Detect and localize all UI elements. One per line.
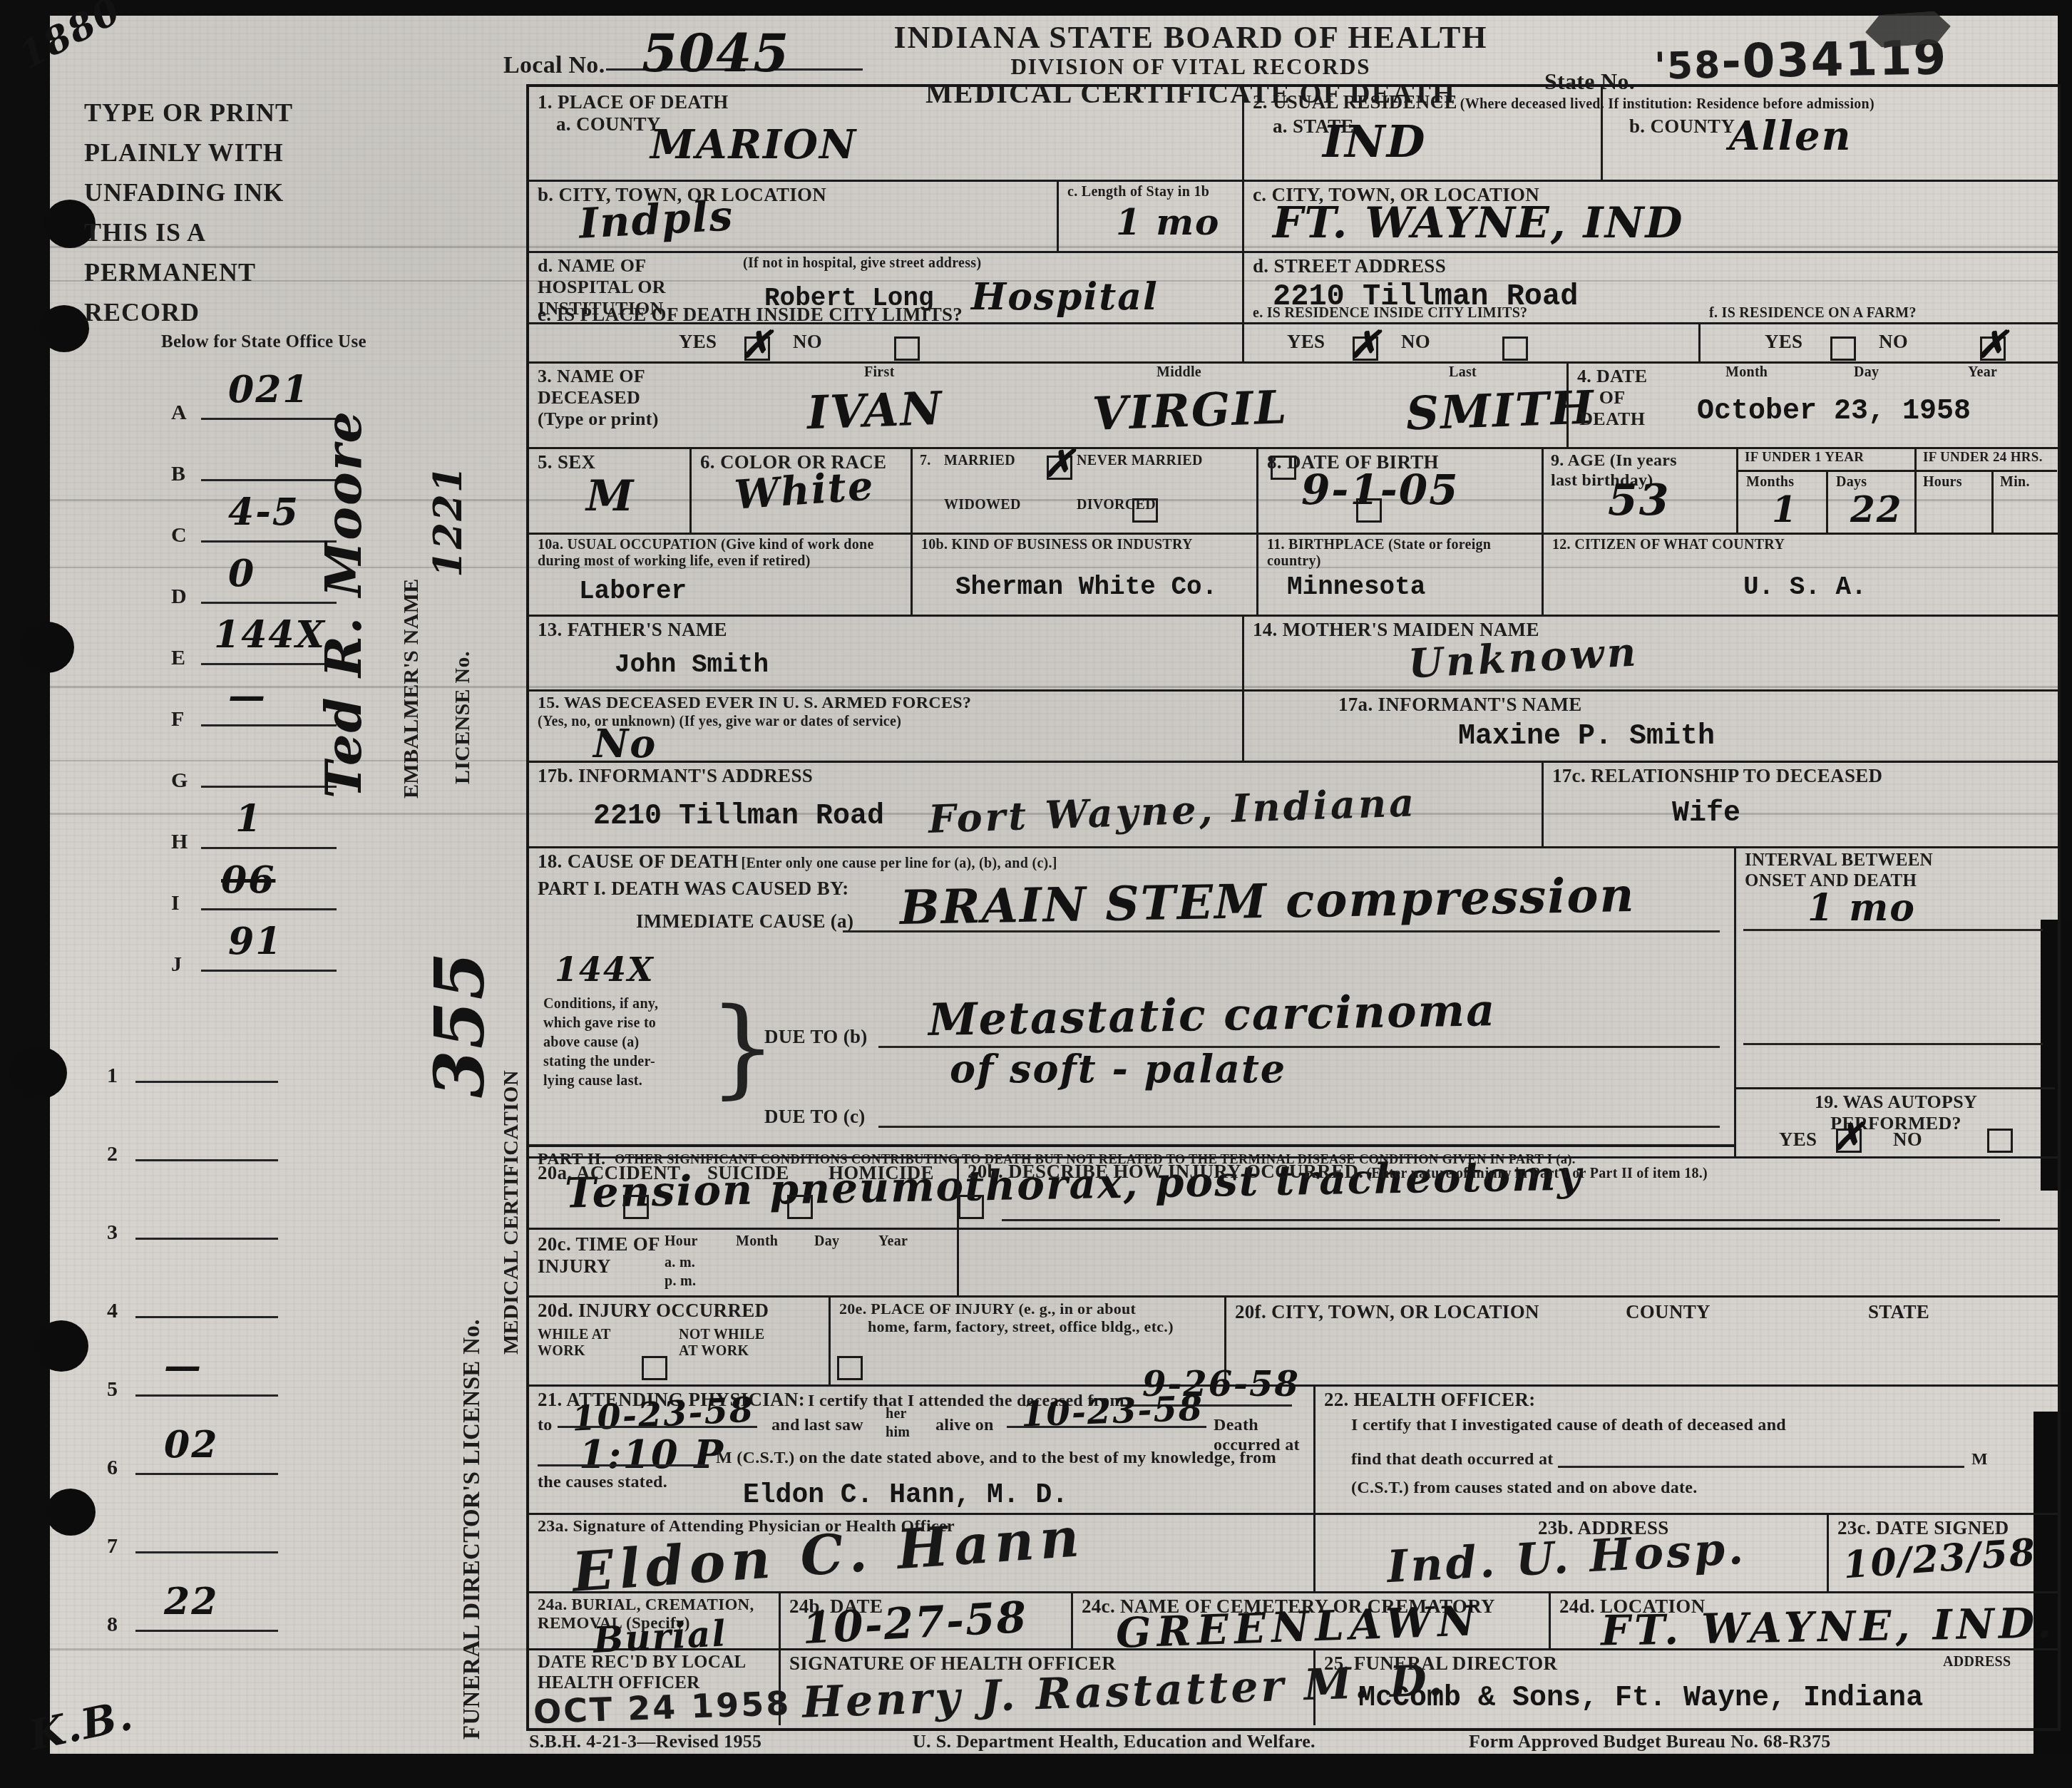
answer-line	[201, 908, 337, 910]
sex-value: M	[586, 471, 635, 521]
certificate-form: 1. PLACE OF DEATH a. COUNTY MARION 2. US…	[526, 84, 2061, 1731]
due-to-b-value: Metastatic carcinoma	[928, 984, 1496, 1046]
while-at-work-checkbox	[642, 1356, 667, 1380]
hour-label: Hour	[665, 1233, 698, 1250]
punch-hole	[10, 1047, 67, 1099]
divider	[1736, 470, 1914, 472]
year-label: Year	[1968, 364, 1997, 381]
autopsy-no-checkbox	[1987, 1129, 2013, 1153]
pm-label: p. m.	[665, 1273, 696, 1290]
citizen-value: U. S. A.	[1743, 572, 1867, 602]
interval-line-a	[1743, 929, 2043, 931]
age-value: 53	[1608, 476, 1671, 525]
yes-label: YES	[679, 331, 717, 353]
field-father-name: 13. FATHER'S NAME John Smith	[529, 615, 1242, 689]
row-label: E	[171, 646, 185, 671]
field-residence-city: c. CITY, TOWN, OR LOCATION FT. WAYNE, IN…	[1242, 180, 2055, 251]
punch-hole	[39, 305, 89, 352]
answer-line	[135, 1394, 278, 1397]
industry-label: 10b. KIND OF BUSINESS OR INDUSTRY	[921, 537, 1248, 553]
field-time-of-injury-blank	[957, 1228, 2055, 1295]
if-under-1-year-label: IF UNDER 1 YEAR	[1745, 450, 1864, 466]
county-value: MARION	[650, 121, 857, 168]
divorced-label: DIVORCED	[1077, 497, 1156, 513]
physician-cert-line3: M (C.S.T.) on the date stated above, and…	[716, 1449, 1276, 1469]
armed-forces-label: 15. WAS DECEASED EVER IN U. S. ARMED FOR…	[538, 694, 1234, 714]
no-label: NO	[793, 331, 822, 353]
funeral-director-value: McComb & Sons, Ft. Wayne, Indiana	[1358, 1682, 1923, 1715]
cause-of-death-label: 18. CAUSE OF DEATH	[538, 851, 738, 872]
hours-label: Hours	[1923, 474, 1962, 490]
autopsy-label: 19. WAS AUTOPSY PERFORMED?	[1746, 1091, 2046, 1134]
immediate-cause-label: IMMEDIATE CAUSE (a)	[636, 910, 853, 932]
field-injury-occurred: 20d. INJURY OCCURRED WHILE AT WORK NOT W…	[529, 1295, 829, 1384]
row-value: 91	[228, 920, 282, 963]
field-industry: 10b. KIND OF BUSINESS OR INDUSTRY Sherma…	[911, 533, 1256, 615]
punch-hole	[20, 622, 74, 673]
residence-city-value: FT. WAYNE, IND	[1273, 198, 1684, 248]
row-label: 2	[107, 1142, 118, 1167]
signature-address-value: Ind. U. Hosp.	[1385, 1522, 1747, 1593]
field-informant-name: 17a. INFORMANT'S NAME Maxine P. Smith	[1242, 689, 2055, 761]
field-informant-address: 17b. INFORMANT'S ADDRESS 2210 Tillman Ro…	[529, 761, 1542, 846]
informant-name-value: Maxine P. Smith	[1458, 721, 1715, 753]
him-word: him	[886, 1424, 910, 1441]
married-label: MARRIED	[944, 453, 1015, 469]
yes-checkbox: ✗	[1353, 336, 1378, 361]
due-to-c-label: DUE TO (c)	[764, 1106, 866, 1128]
date-received-stamp: OCT 24 1958	[533, 1684, 791, 1732]
row-label: C	[171, 523, 187, 548]
injury-county-label: COUNTY	[1626, 1301, 1711, 1323]
health-officer-m: M	[1971, 1450, 1988, 1470]
embalmer-name-handwritten: Ted R. Moore	[314, 235, 373, 798]
row-label: G	[171, 769, 188, 793]
suicide-label: SUICIDE	[707, 1162, 789, 1184]
widowed-label: WIDOWED	[944, 497, 1021, 513]
birthplace-value: Minnesota	[1287, 572, 1425, 602]
row-time-of-injury: 20c. TIME OF INJURY Hour a. m. p. m. Mon…	[529, 1228, 2058, 1298]
field-signature-address: 23b. ADDRESS Ind. U. Hosp.	[1313, 1513, 1827, 1591]
alive-line	[1007, 1426, 1206, 1428]
funeral-director-license-label: FUNERAL DIRECTOR'S LICENSE No.	[459, 1112, 486, 1740]
yes-checkmark: ✗	[741, 323, 772, 366]
place-of-death-label: 1. PLACE OF DEATH	[538, 91, 1234, 113]
middle-name-value: VIRGIL	[1092, 381, 1289, 441]
answer-line	[135, 1316, 278, 1318]
hospital-note: (If not in hospital, give street address…	[743, 255, 981, 272]
street-address-label: d. STREET ADDRESS	[1253, 255, 2046, 277]
never-married-label: NEVER MARRIED	[1077, 453, 1203, 469]
injury-city-label: 20f. CITY, TOWN, OR LOCATION	[1235, 1301, 1539, 1323]
row-signature: 23a. Signature of Attending Physician or…	[529, 1513, 2058, 1593]
describe-injury-label: 20b. DESCRIBE HOW INJURY OCCURRED.	[968, 1161, 1363, 1182]
field-date-of-death: 4. DATE OF DEATH Month Day Year October …	[1566, 361, 2055, 447]
field-interval: INTERVAL BETWEEN ONSET AND DEATH 1 mo 19…	[1734, 846, 2055, 1156]
due-to-c-line	[878, 1126, 1720, 1128]
row-value: 144X	[214, 613, 326, 657]
field-time-of-injury: 20c. TIME OF INJURY Hour a. m. p. m. Mon…	[529, 1228, 957, 1295]
occupation-label: 10a. USUAL OCCUPATION (Give kind of work…	[538, 537, 902, 553]
yes-label: YES	[1779, 1129, 1817, 1151]
row-label: F	[171, 707, 185, 732]
row-value: 02	[164, 1423, 218, 1466]
embalmer-license-value: 1221	[425, 399, 471, 577]
field-age: 9. AGE (In years last birthday) 53 IF UN…	[1542, 447, 2055, 533]
no-checkbox: ✗	[1980, 336, 2006, 361]
father-name-label: 13. FATHER'S NAME	[538, 619, 1234, 641]
field-place-city: b. CITY, TOWN, OR LOCATION Indpls	[529, 180, 1057, 251]
injury-state-label: STATE	[1868, 1301, 1929, 1323]
footer-form-number: S.B.H. 4-21-3—Revised 1955	[529, 1731, 761, 1752]
no-label: NO	[1893, 1129, 1922, 1151]
yes-label: YES	[1287, 331, 1325, 353]
funeral-address-label: ADDRESS	[1943, 1654, 2011, 1670]
informant-name-label: 17a. INFORMANT'S NAME	[1338, 694, 2046, 716]
physician-cert-line2: and last saw	[771, 1416, 863, 1436]
answer-line	[201, 847, 337, 849]
usual-residence-note: (Where deceased lived. If institution: R…	[1460, 96, 1874, 112]
injury-occurred-label: 20d. INJURY OCCURRED	[538, 1300, 820, 1322]
row-occupation: 10a. USUAL OCCUPATION (Give kind of work…	[529, 533, 2058, 617]
field-burial-location: 24d. LOCATION FT. WAYNE, IND.	[1549, 1591, 2055, 1648]
field-name-of-deceased: 3. NAME OF DECEASED (Type or print) Firs…	[529, 361, 1566, 447]
while-at-work-label: WHILE AT WORK	[538, 1327, 611, 1360]
field-injury-city: 20f. CITY, TOWN, OR LOCATION COUNTY STAT…	[1224, 1295, 2055, 1384]
medical-certification-label: MEDICAL CERTIFICATION	[499, 998, 524, 1355]
relationship-label: 17c. RELATIONSHIP TO DECEASED	[1552, 765, 2046, 787]
answer-line	[135, 1630, 278, 1632]
field-date-signed: 23c. DATE SIGNED 10/23/58	[1827, 1513, 2055, 1591]
answer-line	[135, 1473, 278, 1475]
place-city-value: Indpls	[578, 191, 734, 247]
no-label: NO	[1879, 331, 1908, 353]
part2-divider	[529, 1144, 1734, 1147]
length-of-stay-value: 1 mo	[1116, 201, 1220, 243]
citizen-label: 12. CITIZEN OF WHAT COUNTRY	[1552, 537, 2046, 553]
row-value: 22	[164, 1580, 218, 1623]
field-color-race: 6. COLOR OR RACE White	[689, 447, 911, 533]
punch-hole	[34, 1320, 88, 1372]
industry-value: Sherman White Co.	[955, 572, 1217, 602]
time-of-injury-label: 20c. TIME OF INJURY	[538, 1233, 660, 1278]
row-label: I	[171, 891, 180, 916]
health-officer-line1: I certify that I investigated cause of d…	[1351, 1416, 1786, 1436]
row-cause-of-death: 18. CAUSE OF DEATH [Enter only one cause…	[529, 846, 2058, 1158]
type-or-print-instructions: TYPE OR PRINT PLAINLY WITH UNFADING INK …	[84, 93, 293, 332]
row-value: 4-5	[228, 490, 299, 534]
if-under-24-hrs-label: IF UNDER 24 HRS.	[1923, 450, 2043, 466]
divider	[1914, 447, 1917, 533]
days-value: 22	[1850, 488, 1903, 530]
row-label: 6	[107, 1456, 118, 1481]
row-value: —	[164, 1345, 202, 1388]
residence-county-value: Allen	[1729, 113, 1852, 160]
months-value: 1	[1772, 488, 1798, 530]
field-attending-physician: 21. ATTENDING PHYSICIAN: I certify that …	[529, 1384, 1313, 1513]
no-checkbox	[1502, 336, 1528, 361]
row-informant-address: 17b. INFORMANT'S ADDRESS 2210 Tillman Ro…	[529, 761, 2058, 848]
residence-farm-label: f. IS RESIDENCE ON A FARM?	[1709, 305, 1917, 322]
divider	[1736, 1087, 2055, 1089]
row-place-residence-top: 1. PLACE OF DEATH a. COUNTY MARION 2. US…	[529, 87, 2058, 182]
field-burial-date: 24b. DATE 10-27-58	[779, 1591, 1071, 1648]
due-to-b-value2: of soft - palate	[950, 1046, 1286, 1091]
death-time-value: 1:10 P	[579, 1432, 724, 1477]
row-label: D	[171, 585, 187, 610]
divider	[1826, 470, 1828, 533]
middle-column-label: Middle	[1156, 364, 1201, 381]
field-marital-status: 7. MARRIED ✗ NEVER MARRIED WIDOWED DIVOR…	[911, 447, 1256, 533]
date-of-death-label: 4. DATE OF DEATH	[1577, 366, 1647, 430]
health-officer-line	[1558, 1466, 1964, 1468]
year-label: Year	[878, 1233, 908, 1250]
row-city-town: b. CITY, TOWN, OR LOCATION Indpls c. Len…	[529, 180, 2058, 253]
autopsy-yes-checkmark: ✗	[1832, 1115, 1864, 1158]
row-value: 06	[221, 858, 275, 902]
field-place-city-limits: e. IS PLACE OF DEATH INSIDE CITY LIMITS?…	[529, 322, 1242, 361]
row-label: A	[171, 401, 187, 426]
day-label: Day	[1854, 364, 1879, 381]
field-citizen: 12. CITIZEN OF WHAT COUNTRY U. S. A.	[1542, 533, 2055, 615]
field-date-received: DATE REC'D BY LOCAL HEALTH OFFICER OCT 2…	[529, 1648, 779, 1725]
dob-value: 9-1-05	[1301, 466, 1460, 514]
min-label: Min.	[2000, 474, 2030, 490]
autopsy-yes-checkbox: ✗	[1836, 1129, 1862, 1153]
occupation-note: during most of working life, even if ret…	[538, 553, 902, 570]
row-label: 8	[107, 1613, 118, 1638]
row-sex-race-marital-dob-age: 5. SEX M 6. COLOR OR RACE White 7. MARRI…	[529, 447, 2058, 535]
row-label: 1	[107, 1064, 118, 1089]
row-value: —	[228, 674, 267, 718]
health-officer-line2: find that death occurred at	[1351, 1450, 1554, 1470]
immediate-cause-value: BRAIN STEM compression	[899, 867, 1636, 935]
row-parents: 13. FATHER'S NAME John Smith 14. MOTHER'…	[529, 615, 2058, 692]
divider	[1914, 470, 2057, 472]
conditions-note: Conditions, if any, which gave rise to a…	[543, 995, 658, 1091]
residence-city-limits-label: e. IS RESIDENCE INSIDE CITY LIMITS?	[1253, 305, 1527, 322]
row-label: H	[171, 830, 188, 855]
informant-address-handwritten: Fort Wayne, Indiana	[928, 779, 1417, 842]
row-burial: 24a. BURIAL, CREMATION, REMOVAL (Specify…	[529, 1591, 2058, 1650]
place-of-injury-label: 20e. PLACE OF INJURY (e. g., in or about	[839, 1300, 1216, 1317]
health-officer-label: 22. HEALTH OFFICER:	[1324, 1389, 2046, 1411]
row-label: 7	[107, 1534, 118, 1559]
field-burial-type: 24a. BURIAL, CREMATION, REMOVAL (Specify…	[529, 1591, 779, 1648]
field-length-of-stay: c. Length of Stay in 1b 1 mo	[1057, 180, 1242, 251]
footer-department: U. S. Department Health, Education and W…	[913, 1731, 1315, 1752]
cause-of-death-note: [Enter only one cause per line for (a), …	[741, 856, 1057, 871]
embalmer-name-label: EMBALMER'S NAME	[399, 442, 424, 798]
married-checkbox: ✗	[1047, 456, 1072, 480]
accident-label: 20a. ACCIDENT	[538, 1162, 680, 1184]
birthplace-label: 11. BIRTHPLACE (State or foreign country…	[1267, 537, 1533, 570]
state-no-prefix: '58	[1654, 44, 1722, 88]
row-physician-health-officer: 21. ATTENDING PHYSICIAN: I certify that …	[529, 1384, 2058, 1515]
divider	[1601, 87, 1603, 180]
answer-line	[201, 970, 337, 972]
informant-address-typed: 2210 Tillman Road	[593, 801, 884, 833]
name-of-deceased-label: 3. NAME OF DECEASED (Type or print)	[538, 366, 659, 430]
color-race-value: White	[733, 462, 876, 519]
month-label: Month	[736, 1233, 778, 1250]
interval-label: INTERVAL BETWEEN ONSET AND DEATH	[1745, 851, 1933, 892]
suicide-checkbox	[787, 1195, 813, 1219]
footer-budget-number: Form Approved Budget Bureau No. 68-R375	[1469, 1731, 1831, 1752]
board-title: INDIANA STATE BOARD OF HEALTH	[841, 20, 1540, 56]
field-date-of-birth: 8. DATE OF BIRTH 9-1-05	[1256, 447, 1542, 533]
row-name-dod: 3. NAME OF DECEASED (Type or print) Firs…	[529, 361, 2058, 449]
part1-label: PART I. DEATH WAS CAUSED BY:	[538, 878, 849, 900]
field-mother-maiden-name: 14. MOTHER'S MAIDEN NAME Unknown	[1242, 615, 2055, 689]
field-place-of-death-county: 1. PLACE OF DEATH a. COUNTY MARION	[529, 87, 1242, 180]
row-value: 1	[235, 797, 262, 841]
field-describe-injury: 20b. DESCRIBE HOW INJURY OCCURRED. (Ente…	[957, 1156, 2055, 1228]
field-sex: 5. SEX M	[529, 447, 689, 533]
row-value: 021	[228, 368, 310, 411]
answer-line	[135, 1238, 278, 1240]
physician-typed-name: Eldon C. Hann, M. D.	[743, 1480, 1068, 1511]
embalmer-license-label: LICENSE No.	[451, 585, 476, 784]
length-of-stay-label: c. Length of Stay in 1b	[1067, 184, 1234, 200]
row-accident-describe: 20a. ACCIDENT SUICIDE HOMICIDE 20b. DESC…	[529, 1156, 2058, 1230]
field-relationship: 17c. RELATIONSHIP TO DECEASED Wife	[1542, 761, 2055, 846]
no-label: NO	[1401, 331, 1430, 353]
health-officer-line3: (C.S.T.) from causes stated and on above…	[1351, 1479, 1698, 1499]
homicide-label: HOMICIDE	[829, 1162, 934, 1184]
row-label: J	[171, 952, 182, 977]
field-health-officer-signature: SIGNATURE OF HEALTH OFFICER Henry J. Ras…	[779, 1648, 1313, 1725]
hospital-value-handwritten: Hospital	[971, 275, 1159, 319]
row-funeral-director: DATE REC'D BY LOCAL HEALTH OFFICER OCT 2…	[529, 1648, 2058, 1725]
yes-checkbox	[1830, 336, 1856, 361]
divider	[1736, 447, 1738, 533]
funeral-director-label: 25. FUNERAL DIRECTOR	[1324, 1653, 1557, 1674]
state-value: IND	[1323, 115, 1426, 168]
field-armed-forces: 15. WAS DECEASED EVER IN U. S. ARMED FOR…	[529, 689, 1242, 761]
row-label: 5	[107, 1377, 118, 1402]
local-no-label: Local No.	[503, 51, 605, 79]
father-name-value: John Smith	[615, 650, 769, 679]
punch-hole	[46, 1489, 96, 1536]
mother-maiden-name-label: 14. MOTHER'S MAIDEN NAME	[1253, 619, 2046, 641]
first-column-label: First	[864, 364, 895, 381]
field-residence-farm: f. IS RESIDENCE ON A FARM? YES NO ✗	[1698, 322, 2055, 361]
accident-checkbox	[623, 1195, 649, 1219]
sex-label: 5. SEX	[538, 451, 681, 473]
residence-county-label: b. COUNTY	[1629, 115, 1735, 138]
married-checkmark: ✗	[1043, 442, 1075, 485]
field-cemetery: 24c. NAME OF CEMETERY OR CREMATORY GREEN…	[1071, 1591, 1549, 1648]
relationship-value: Wife	[1672, 798, 1740, 830]
answer-line	[135, 1081, 278, 1083]
to-line	[558, 1426, 757, 1428]
yes-checkmark: ✗	[1349, 323, 1380, 366]
division-title: DIVISION OF VITAL RECORDS	[841, 54, 1540, 80]
describe-line	[1002, 1219, 2000, 1221]
scanned-death-certificate: 1880 TYPE OR PRINT PLAINLY WITH UNFADING…	[0, 0, 2072, 1788]
to-word: to	[538, 1416, 553, 1436]
interval-value: 1 mo	[1807, 886, 1916, 930]
field-usual-residence-state-county: 2. USUAL RESIDENCE (Where deceased lived…	[1242, 87, 2055, 180]
alive-on-word: alive on	[935, 1416, 994, 1436]
burial-location-value: FT. WAYNE, IND.	[1600, 1598, 2056, 1655]
row-city-limits: e. IS PLACE OF DEATH INSIDE CITY LIMITS?…	[529, 322, 2058, 364]
field-funeral-director: 25. FUNERAL DIRECTOR ADDRESS McComb & So…	[1313, 1648, 2055, 1725]
field-birthplace: 11. BIRTHPLACE (State or foreign country…	[1256, 533, 1542, 615]
her-word: her	[886, 1406, 907, 1422]
date-of-death-value: October 23, 1958	[1697, 396, 1971, 428]
first-name-value: IVAN	[806, 382, 944, 441]
day-label: Day	[814, 1233, 839, 1250]
yes-label: YES	[1765, 331, 1802, 353]
row-label: B	[171, 462, 185, 487]
cause-code-note: 144X	[555, 950, 655, 989]
yes-checkbox: ✗	[744, 336, 770, 361]
field-accident-suicide-homicide: 20a. ACCIDENT SUICIDE HOMICIDE	[529, 1156, 957, 1228]
usual-residence-label: 2. USUAL RESIDENCE	[1253, 91, 1457, 113]
armed-forces-value: No	[593, 721, 657, 766]
divider	[1991, 470, 1994, 533]
no-checkbox	[894, 336, 920, 361]
field-residence-city-limits: e. IS RESIDENCE INSIDE CITY LIMITS? YES …	[1242, 322, 1698, 361]
row-label: 3	[107, 1221, 118, 1245]
row-label: 4	[107, 1299, 118, 1324]
no-checkmark: ✗	[1976, 323, 2008, 366]
last-column-label: Last	[1449, 364, 1477, 381]
row-value: 0	[228, 552, 255, 595]
field-usual-occupation: 10a. USUAL OCCUPATION (Give kind of work…	[529, 533, 911, 615]
row-armed-forces-informant: 15. WAS DECEASED EVER IN U. S. ARMED FOR…	[529, 689, 2058, 763]
marital-number: 7.	[920, 453, 931, 469]
time-line	[538, 1464, 709, 1466]
field-cause-of-death: 18. CAUSE OF DEATH [Enter only one cause…	[529, 846, 1734, 1156]
funeral-director-license-value: 355	[419, 870, 500, 1098]
due-to-b-label: DUE TO (b)	[764, 1026, 868, 1048]
physician-cert-line4: the causes stated.	[538, 1473, 667, 1493]
answer-line	[135, 1551, 278, 1553]
occupation-value: Laborer	[579, 577, 687, 606]
describe-injury-note: (Enter nature of injury in Part I or Par…	[1366, 1166, 1708, 1181]
answer-line	[135, 1159, 278, 1161]
interval-line-b	[1743, 1043, 2043, 1045]
not-while-at-work-label: NOT WHILE AT WORK	[679, 1327, 764, 1360]
am-label: a. m.	[665, 1255, 695, 1271]
field-physician-signature: 23a. Signature of Attending Physician or…	[529, 1513, 1313, 1591]
local-no-value: 5045	[642, 23, 790, 83]
month-label: Month	[1725, 364, 1768, 381]
place-of-injury-note: home, farm, factory, street, office bldg…	[868, 1317, 1216, 1335]
field-health-officer: 22. HEALTH OFFICER: I certify that I inv…	[1313, 1384, 2055, 1513]
